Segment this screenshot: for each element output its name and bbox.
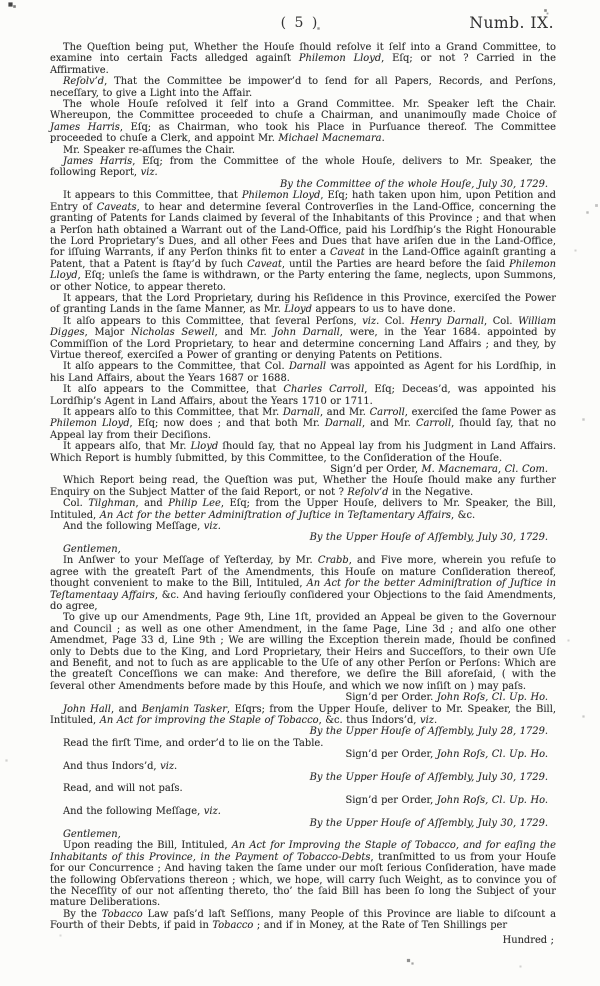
- italic-text-run: James Harris: [50, 122, 120, 133]
- page-body: The Queſtion being put, Whether the Houſ…: [50, 42, 556, 946]
- italic-text-run: John Roſs, Cl. Up. Ho.: [437, 692, 548, 703]
- text-run: Read, and will not paſs.: [63, 783, 183, 794]
- paragraph: Read the firſt Time, and order’d to lie …: [50, 738, 556, 749]
- italic-text-run: Reſolv’d: [63, 76, 104, 87]
- attribution-line: By the Upper Houſe of Aſſembly, July 28,…: [50, 726, 556, 737]
- text-run: in the Negative.: [388, 487, 473, 498]
- text-run: , and Mr.: [215, 327, 274, 338]
- italic-text-run: Gentlemen,: [63, 544, 121, 555]
- paragraph: It appears alſo, that Mr. Lloyd ſhould ſ…: [50, 441, 556, 464]
- text-run: , exerciſed the ſame Power as: [405, 407, 556, 418]
- paragraph: Upon reading the Bill, Intituled, An Act…: [50, 840, 556, 908]
- text-run: .: [382, 133, 385, 144]
- page-header: ( 5 ) Numb. IX.: [0, 15, 600, 37]
- attribution-line: By the Upper Houſe of Aſſembly, July 30,…: [50, 532, 556, 543]
- paragraph: It appears to this Committee, that Phile…: [50, 190, 556, 293]
- italic-text-run: Caveat: [330, 247, 365, 258]
- paragraph: And the following Meſſage, viz.: [50, 521, 556, 532]
- italic-text-run: By the Upper Houſe of Aſſembly, July 30,…: [310, 772, 548, 783]
- attribution-line: Sign’d per Order, John Roſs, Cl. Up. Ho.: [50, 749, 556, 760]
- text-run: Col.: [63, 498, 88, 509]
- italic-text-run: Crabb: [318, 555, 349, 566]
- paragraph: Reſolv’d, That the Committee be impower’…: [50, 76, 556, 99]
- italic-text-run: John Hall: [63, 704, 111, 715]
- paragraph: It appears alſo to this Committee, that …: [50, 407, 556, 441]
- text-run: Sign’d per Order,: [330, 464, 421, 475]
- salutation-line: Gentlemen,: [50, 829, 556, 840]
- text-run: , &c. thus Indors’d,: [319, 715, 420, 726]
- text-run: , Major: [85, 327, 131, 338]
- text-run: , and: [136, 498, 169, 509]
- text-run: Upon reading the Bill, Intituled,: [63, 840, 232, 851]
- salutation-line: Gentlemen,: [50, 544, 556, 555]
- italic-text-run: By the Committee of the whole Houſe, Jul…: [280, 179, 548, 190]
- text-run: , and: [111, 704, 142, 715]
- italic-text-run: viz.: [204, 806, 221, 817]
- text-run: It appears alſo, that Mr.: [63, 441, 191, 452]
- text-run: And thus Indors’d,: [63, 761, 160, 772]
- text-run: Sign’d per Order.: [345, 692, 436, 703]
- paragraph: Col. Tilghman, and Philip Lee, Eſq; from…: [50, 498, 556, 521]
- italic-text-run: Charles Carroll: [283, 384, 364, 395]
- text-run: Read the firſt Time, and order’d to lie …: [63, 738, 323, 749]
- italic-text-run: viz.: [204, 521, 221, 532]
- text-run: , Eſq; now does ; and that both Mr.: [130, 418, 325, 429]
- italic-text-run: Philemon Lloyd: [50, 418, 130, 429]
- issue-number: Numb. IX.: [469, 14, 554, 32]
- italic-text-run: By the Upper Houſe of Aſſembly, July 30,…: [310, 818, 548, 829]
- paragraph: The whole Houſe reſolved it ſelf into a …: [50, 99, 556, 145]
- text-run: , &c.: [451, 510, 475, 521]
- paragraph: The Queſtion being put, Whether the Houſ…: [50, 42, 556, 76]
- paragraph: It alſo appears to the Committee, that C…: [50, 361, 556, 384]
- text-run: , until the Parties are heard before the…: [282, 259, 509, 270]
- text-run: appears to us to have done.: [312, 304, 456, 315]
- italic-text-run: Philemon Lloyd: [299, 53, 381, 64]
- italic-text-run: John Roſs, Cl. Up. Ho.: [437, 795, 548, 806]
- italic-text-run: Michael Macnemara: [278, 133, 381, 144]
- text-run: And the following Meſſage,: [63, 521, 204, 532]
- italic-text-run: viz.: [160, 761, 177, 772]
- paragraph: Read, and will not paſs.: [50, 783, 556, 794]
- attribution-line: Sign’d per Order, M. Macnemara, Cl. Com.: [50, 464, 556, 475]
- italic-text-run: Nicholas Sewell: [131, 327, 215, 338]
- italic-text-run: Darnall: [283, 407, 320, 418]
- paragraph: And the following Meſſage, viz.: [50, 806, 556, 817]
- italic-text-run: viz.: [362, 316, 379, 327]
- italic-text-run: By the Upper Houſe of Aſſembly, July 30,…: [310, 532, 548, 543]
- document-page: ( 5 ) Numb. IX. The Queſtion being put, …: [0, 0, 600, 986]
- text-run: To give up our Amendments, Page 9th, Lin…: [50, 612, 556, 691]
- text-run: , That the Committee be impower’d to ſen…: [50, 76, 556, 98]
- italic-text-run: An Act for improving the Staple of Tobac…: [100, 715, 319, 726]
- italic-text-run: Henry Darnall: [410, 316, 484, 327]
- page-number: ( 5 ): [281, 15, 320, 31]
- paragraph: It alſo appears to the Committee, that C…: [50, 384, 556, 407]
- paragraph: Which Report being read, the Queſtion wa…: [50, 475, 556, 498]
- italic-text-run: M. Macnemara, Cl. Com.: [422, 464, 548, 475]
- italic-text-run: Philemon Lloyd: [242, 190, 320, 201]
- italic-text-run: Philip Lee: [168, 498, 221, 509]
- italic-text-run: Carroll: [370, 407, 405, 418]
- italic-text-run: Tilghman: [88, 498, 135, 509]
- italic-text-run: Darnall: [289, 361, 326, 372]
- attribution-line: By the Upper Houſe of Aſſembly, July 30,…: [50, 818, 556, 829]
- attribution-line: Sign’d per Order. John Roſs, Cl. Up. Ho.: [50, 692, 556, 703]
- italic-text-run: Reſolv’d: [347, 487, 388, 498]
- attribution-line: By the Upper Houſe of Aſſembly, July 30,…: [50, 772, 556, 783]
- text-run: By the: [63, 909, 102, 920]
- attribution-line: Sign’d per Order, John Roſs, Cl. Up. Ho.: [50, 795, 556, 806]
- italic-text-run: Lloyd: [284, 304, 312, 315]
- text-run: In Anſwer to your Meſſage of Yeſterday, …: [63, 555, 318, 566]
- paragraph: James Harris, Eſq; from the Committee of…: [50, 156, 556, 179]
- italic-text-run: Darnall: [325, 418, 362, 429]
- paragraph: By the Tobacco Law paſs’d laſt Seſſions,…: [50, 909, 556, 932]
- text-run: Col.: [379, 316, 410, 327]
- italic-text-run: viz.: [420, 715, 437, 726]
- text-run: Sign’d per Order,: [345, 795, 436, 806]
- italic-text-run: Gentlemen,: [63, 829, 121, 840]
- italic-text-run: Tobacco: [212, 920, 253, 931]
- paragraph: John Hall, and Benjamin Tasker, Eſqrs; f…: [50, 704, 556, 727]
- text-run: , and Mr.: [320, 407, 370, 418]
- text-run: The whole Houſe reſolved it ſelf into a …: [50, 99, 556, 121]
- italic-text-run: viz.: [141, 167, 158, 178]
- italic-text-run: John Roſs, Cl. Up. Ho.: [437, 749, 548, 760]
- paragraph: It appears, that the Lord Proprietary, d…: [50, 293, 556, 316]
- paragraph: And thus Indors’d, viz.: [50, 761, 556, 772]
- attribution-line: By the Committee of the whole Houſe, Jul…: [50, 179, 556, 190]
- text-run: It appears to this Committee, that: [63, 190, 242, 201]
- italic-text-run: Caveats: [97, 202, 137, 213]
- text-run: Sign’d per Order,: [345, 749, 436, 760]
- text-run: It alſo appears to this Committee, that …: [63, 316, 362, 327]
- italic-text-run: James Harris: [63, 156, 132, 167]
- catchword-line: Hundred ;: [50, 935, 556, 946]
- paragraph: Mr. Speaker re-aſſumes the Chair.: [50, 145, 556, 156]
- text-run: ; and if in Money, at the Rate of Ten Sh…: [253, 920, 507, 931]
- text-run: , Eſq; unleſs the ſame is withdrawn, or …: [50, 270, 556, 292]
- italic-text-run: An Act for the better Adminiſtration of …: [100, 510, 451, 521]
- paragraph: It alſo appears to this Committee, that …: [50, 316, 556, 362]
- italic-text-run: Benjamin Tasker: [142, 704, 227, 715]
- text-run: , and Mr.: [362, 418, 416, 429]
- italic-text-run: Tobacco: [102, 909, 143, 920]
- text-run: It alſo appears to the Committee, that C…: [63, 361, 289, 372]
- italic-text-run: John Darnall: [273, 327, 339, 338]
- text-run: It alſo appears to the Committee, that: [63, 384, 283, 395]
- text-run: Which Report being read, the Queſtion wa…: [50, 475, 556, 497]
- italic-text-run: By the Upper Houſe of Aſſembly, July 28,…: [310, 726, 548, 737]
- paper-noise: [0, 0, 1, 1]
- text-run: , Col.: [484, 316, 518, 327]
- italic-text-run: Caveat: [247, 259, 282, 270]
- text-run: Mr. Speaker re-aſſumes the Chair.: [63, 145, 235, 156]
- text-run: It appears alſo to this Committee, that …: [63, 407, 283, 418]
- text-run: Hundred ;: [503, 935, 554, 946]
- paragraph: In Anſwer to your Meſſage of Yeſterday, …: [50, 555, 556, 612]
- italic-text-run: Lloyd: [191, 441, 219, 452]
- text-run: And the following Meſſage,: [63, 806, 204, 817]
- italic-text-run: Carroll: [416, 418, 451, 429]
- paragraph: To give up our Amendments, Page 9th, Lin…: [50, 612, 556, 692]
